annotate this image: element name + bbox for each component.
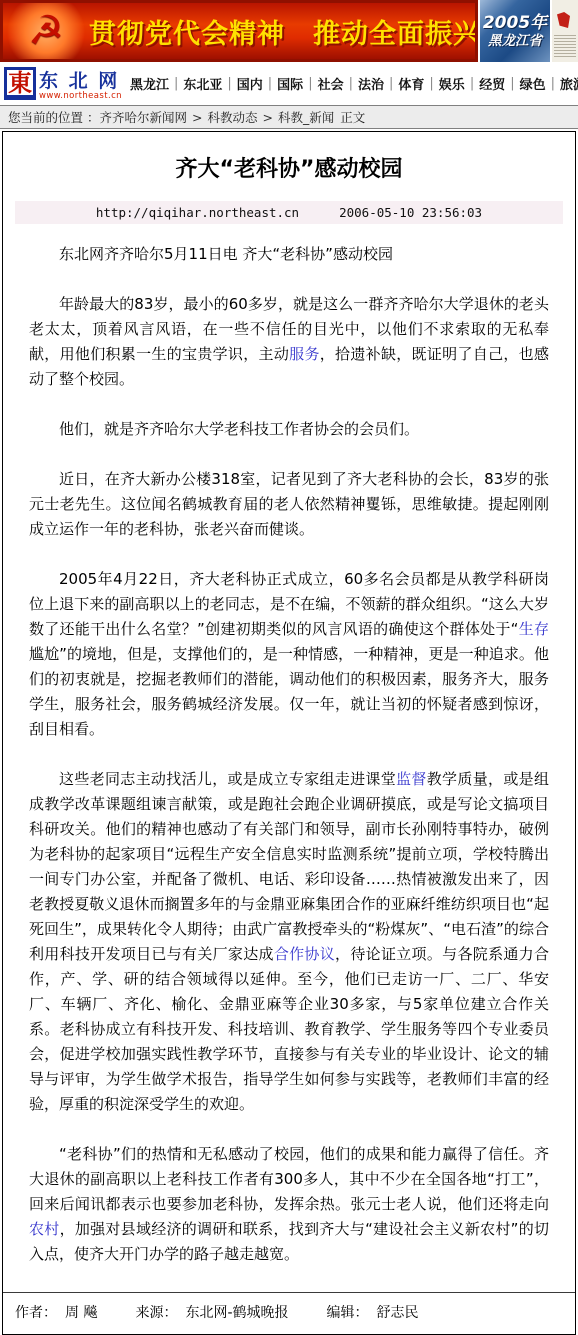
breadcrumb-prefix: 您当前的位置 ： — [8, 108, 99, 126]
nav-links: 黑龙江|东北亚|国内|国际|社会|法治|体育|娱乐|经贸|绿色|旅游 — [128, 74, 574, 93]
article-body: 东北网齐齐哈尔5月11日电 齐大“老科协”感动校园年龄最大的83岁，最小的60多… — [3, 224, 575, 1292]
logo-sitename: 东 北 网 — [39, 72, 122, 92]
paragraph-text: 2005年4月22日，齐大老科协正式成立，60多名会员都是从教学科研岗位上退下来… — [29, 570, 549, 638]
inline-link[interactable]: 监督 — [396, 770, 427, 788]
paragraph-text: 教学质量，或是组成教学改革课题组谏言献策，或是跑社会跑企业调研摸底，或是写论文搞… — [29, 770, 549, 963]
newspaper-thumbnail[interactable] — [550, 0, 578, 62]
nav-separator: | — [548, 76, 558, 91]
newspaper-red-mark-icon — [557, 12, 570, 28]
nav-item[interactable]: 法治 — [356, 74, 386, 93]
inline-link[interactable]: 生存 — [518, 620, 549, 638]
nav-item[interactable]: 绿色 — [518, 74, 548, 93]
nav-bar: 東 东 北 网 www.northeast.cn 黑龙江|东北亚|国内|国际|社… — [0, 62, 578, 105]
nav-separator: | — [507, 76, 517, 91]
footer-editor: 编辑：舒志民 — [327, 1302, 419, 1322]
year-badge-year: 2005年 — [483, 13, 547, 33]
paragraph-text: ，待论证立项。与各院系通力合作，产、学、研的结合领域得以延伸。至今，他们已走访一… — [29, 945, 549, 1113]
year-badge-province: 黑龙江省 — [488, 33, 542, 49]
logo-text-wrap: 东 北 网 www.northeast.cn — [39, 72, 122, 100]
paragraph-text: 这些老同志主动找活儿，或是成立专家组走进课堂 — [59, 770, 396, 788]
nav-item[interactable]: 体育 — [396, 74, 426, 93]
inline-link[interactable]: 服务 — [289, 345, 320, 363]
author-value: 周 飚 — [65, 1305, 97, 1321]
breadcrumb-suffix: 正文 — [340, 108, 365, 126]
nav-separator: | — [467, 76, 477, 91]
paragraph-text: 尴尬”的境地，但是，支撑他们的，是一种情感，一种精神，更是一种追求。他们的初衷就… — [29, 645, 549, 738]
editor-label: 编辑： — [327, 1305, 369, 1321]
inline-link[interactable]: 农村 — [29, 1220, 60, 1238]
paragraph-text: 他们，就是齐齐哈尔大学老科技工作者协会的会员们。 — [59, 420, 419, 438]
nav-item[interactable]: 国内 — [235, 74, 265, 93]
article-paragraph: 他们，就是齐齐哈尔大学老科技工作者协会的会员们。 — [29, 417, 549, 442]
breadcrumb-path: 齐齐哈尔新闻网>科教动态>科教_新闻 — [99, 108, 334, 126]
nav-separator: | — [305, 76, 315, 91]
nav-item[interactable]: 社会 — [316, 74, 346, 93]
site-logo[interactable]: 東 东 北 网 www.northeast.cn — [4, 67, 122, 100]
paragraph-text: 近日，在齐大新办公楼318室，记者见到了齐大老科协的会长，83岁的张元士老先生。… — [29, 470, 549, 538]
article-footer: 作者：周 飚 来源：东北网-鹤城晚报 编辑：舒志民 — [3, 1292, 575, 1334]
article-paragraph: 东北网齐齐哈尔5月11日电 齐大“老科协”感动校园 — [29, 242, 549, 267]
logo-domain: www.northeast.cn — [39, 92, 122, 101]
breadcrumb: 您当前的位置 ： 齐齐哈尔新闻网>科教动态>科教_新闻 正文 — [0, 105, 578, 129]
party-emblem-icon: ☭ — [3, 3, 89, 59]
slogan-banner[interactable]: ☭ 贯彻党代会精神 推动全面振兴 — [0, 0, 478, 62]
nav-item[interactable]: 娱乐 — [437, 74, 467, 93]
article-meta-strip: http://qiqihar.northeast.cn 2006-05-10 2… — [15, 201, 563, 224]
breadcrumb-separator: > — [187, 110, 207, 125]
logo-mark-icon: 東 — [4, 67, 36, 100]
hammer-sickle-glyph: ☭ — [28, 11, 64, 51]
article-paragraph: 近日，在齐大新办公楼318室，记者见到了齐大老科协的会长，83岁的张元士老先生。… — [29, 467, 549, 542]
article-paragraph: 这些老同志主动找活儿，或是成立专家组走进课堂监督教学质量，或是组成教学改革课题组… — [29, 767, 549, 1117]
breadcrumb-link[interactable]: 齐齐哈尔新闻网 — [99, 110, 187, 125]
editor-value: 舒志民 — [377, 1305, 419, 1321]
nav-item[interactable]: 旅游 — [558, 74, 578, 93]
author-label: 作者： — [15, 1305, 57, 1321]
footer-source: 来源：东北网-鹤城晚报 — [135, 1302, 288, 1322]
nav-separator: | — [171, 76, 181, 91]
footer-author: 作者：周 飚 — [15, 1302, 97, 1322]
nav-separator: | — [386, 76, 396, 91]
nav-item[interactable]: 国际 — [275, 74, 305, 93]
article-paragraph: “老科协”们的热情和无私感动了校园，他们的成果和能力赢得了信任。齐大退休的副高职… — [29, 1142, 549, 1267]
article-paragraph: 年龄最大的83岁，最小的60多岁，就是这么一群齐齐哈尔大学退休的老头老太太，顶着… — [29, 292, 549, 392]
nav-separator: | — [224, 76, 234, 91]
source-value: 东北网-鹤城晚报 — [185, 1305, 288, 1321]
paragraph-text: “老科协”们的热情和无私感动了校园，他们的成果和能力赢得了信任。齐大退休的副高职… — [29, 1145, 549, 1213]
banner-slogan: 贯彻党代会精神 推动全面振兴 — [89, 12, 478, 51]
article-source-url[interactable]: http://qiqihar.northeast.cn — [96, 205, 299, 220]
year-badge[interactable]: 2005年 黑龙江省 — [478, 0, 550, 62]
page-title: 齐大“老科协”感动校园 — [13, 152, 565, 183]
nav-item[interactable]: 经贸 — [477, 74, 507, 93]
breadcrumb-link[interactable]: 科教动态 — [207, 110, 257, 125]
nav-separator: | — [426, 76, 436, 91]
newspaper-text-lines — [554, 35, 576, 59]
source-label: 来源： — [135, 1305, 177, 1321]
article-datetime: 2006-05-10 23:56:03 — [339, 205, 482, 220]
top-banner-row: ☭ 贯彻党代会精神 推动全面振兴 2005年 黑龙江省 — [0, 0, 578, 62]
page: ☭ 贯彻党代会精神 推动全面振兴 2005年 黑龙江省 東 东 北 网 www.… — [0, 0, 578, 1335]
nav-item[interactable]: 东北亚 — [181, 74, 224, 93]
nav-separator: | — [346, 76, 356, 91]
article-container: 齐大“老科协”感动校园 http://qiqihar.northeast.cn … — [2, 131, 576, 1335]
breadcrumb-link[interactable]: 科教_新闻 — [278, 110, 334, 125]
paragraph-text: 东北网齐齐哈尔5月11日电 齐大“老科协”感动校园 — [59, 245, 393, 263]
inline-link[interactable]: 合作协议 — [274, 945, 335, 963]
nav-item[interactable]: 黑龙江 — [128, 74, 171, 93]
nav-separator: | — [265, 76, 275, 91]
breadcrumb-separator: > — [258, 110, 278, 125]
article-paragraph: 2005年4月22日，齐大老科协正式成立，60多名会员都是从教学科研岗位上退下来… — [29, 567, 549, 742]
paragraph-text: ，加强对县域经济的调研和联系，找到齐大与“建设社会主义新农村”的切入点，使齐大开… — [29, 1220, 549, 1263]
